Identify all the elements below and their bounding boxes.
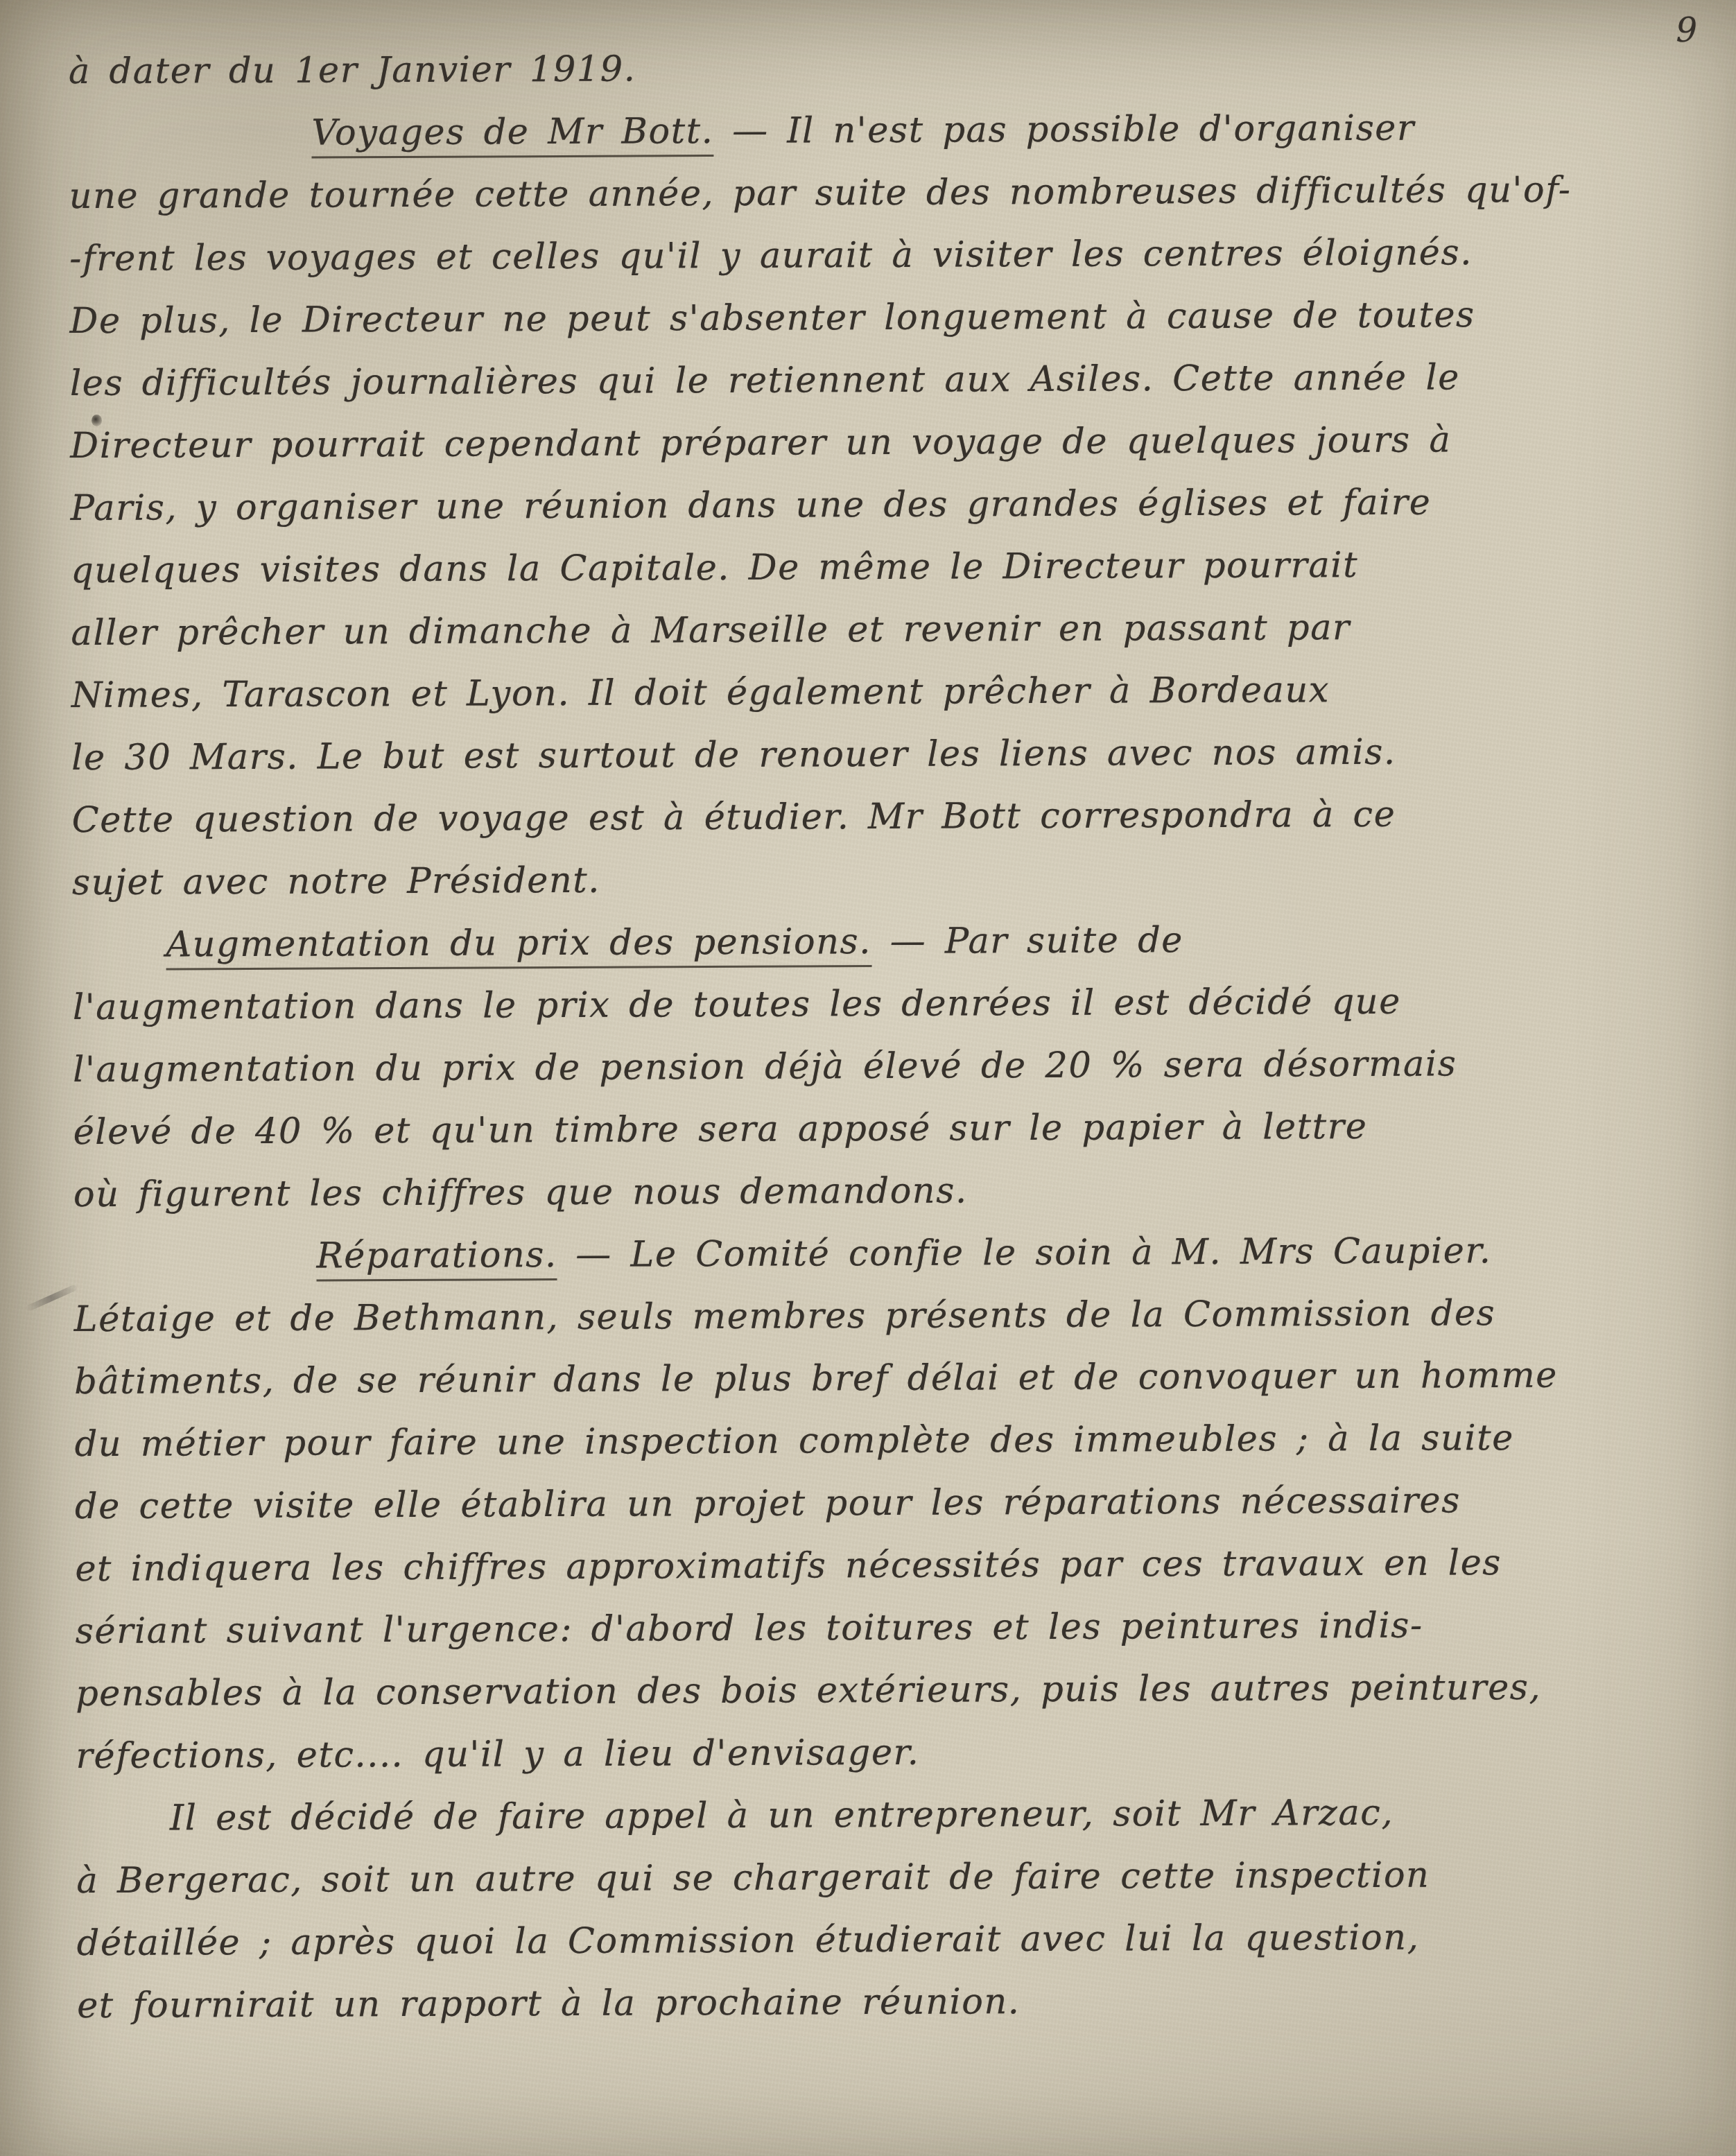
line-text: — Il n'est pas possible d'organiser (732, 108, 1415, 152)
line-text: sériant suivant l'urgence: d'abord les t… (76, 1606, 1423, 1652)
text-line: Réparations. — Le Comité confie le soin … (73, 1219, 1681, 1289)
text-line: Il est décidé de faire appel à un entrep… (76, 1781, 1684, 1850)
text-line: Létaige et de Bethmann, seuls membres pr… (74, 1282, 1682, 1351)
line-text: -frent les voyages et celles qu'il y aur… (69, 232, 1473, 279)
text-line: quelques visites dans la Capitale. De mê… (71, 533, 1678, 602)
pencil-mark (25, 1284, 78, 1312)
text-line: du métier pour faire une inspection comp… (74, 1407, 1682, 1476)
text-line: -frent les voyages et celles qu'il y aur… (69, 221, 1677, 290)
section-heading: Réparations. (316, 1235, 557, 1282)
line-text: Il est décidé de faire appel à un entrep… (170, 1793, 1394, 1839)
text-line: et fournirait un rapport à la prochaine … (77, 1968, 1685, 2037)
line-text: les difficultés journalières qui le reti… (70, 357, 1460, 404)
line-text: réfections, etc.... qu'il y a lieu d'env… (76, 1732, 919, 1777)
text-line: bâtiments, de se réunir dans le plus bre… (74, 1344, 1682, 1414)
text-line: Augmentation du prix des pensions. — Par… (72, 907, 1680, 977)
line-text: Cette question de voyage est à étudier. … (72, 794, 1396, 841)
text-line: le 30 Mars. Le but est surtout de renoue… (71, 720, 1679, 790)
text-line: Paris, y organiser une réunion dans une … (70, 471, 1678, 540)
line-text: sujet avec notre Président. (72, 860, 600, 903)
text-line: élevé de 40 % et qu'un timbre sera appos… (73, 1095, 1681, 1164)
text-line: l'augmentation dans le prix de toutes le… (73, 970, 1681, 1039)
line-text: le 30 Mars. Le but est surtout de renoue… (71, 732, 1396, 779)
text-line: Directeur pourrait cependant préparer un… (70, 408, 1678, 478)
manuscript-text: à dater du 1er Janvier 1919.Voyages de M… (69, 34, 1685, 2037)
text-line: De plus, le Directeur ne peut s'absenter… (69, 284, 1677, 353)
line-text: à dater du 1er Janvier 1919. (69, 49, 636, 93)
line-text: de cette visite elle établira un projet … (75, 1480, 1461, 1527)
line-text: Nimes, Tarascon et Lyon. Il doit égaleme… (71, 670, 1330, 716)
text-line: de cette visite elle établira un projet … (75, 1469, 1683, 1538)
text-line: à Bergerac, soit un autre qui se charger… (76, 1843, 1684, 1913)
text-line: une grande tournée cette année, par suit… (69, 159, 1677, 228)
text-line: réfections, etc.... qu'il y a lieu d'env… (76, 1719, 1683, 1788)
text-line: Cette question de voyage est à étudier. … (71, 783, 1679, 852)
line-text: élevé de 40 % et qu'un timbre sera appos… (73, 1106, 1367, 1153)
line-text: Paris, y organiser une réunion dans une … (71, 483, 1432, 530)
text-line: aller prêcher un dimanche à Marseille et… (71, 595, 1678, 665)
line-text: à Bergerac, soit un autre qui se charger… (76, 1855, 1430, 1902)
line-text: l'augmentation dans le prix de toutes le… (73, 982, 1401, 1028)
line-text: une grande tournée cette année, par suit… (69, 170, 1572, 217)
line-text: — Le Comité confie le soin à M. Mrs Caup… (575, 1231, 1491, 1276)
ink-speck (92, 415, 102, 426)
text-line: Nimes, Tarascon et Lyon. Il doit égaleme… (71, 658, 1679, 727)
text-line: à dater du 1er Janvier 1919. (69, 34, 1676, 103)
text-line: les difficultés journalières qui le reti… (70, 346, 1678, 415)
line-text: quelques visites dans la Capitale. De mê… (71, 545, 1358, 591)
line-text: pensables à la conservation des bois ext… (76, 1667, 1541, 1714)
text-line: pensables à la conservation des bois ext… (76, 1656, 1683, 1725)
text-line: sériant suivant l'urgence: d'abord les t… (76, 1594, 1683, 1663)
line-text: et indiquera les chiffres approximatifs … (75, 1542, 1502, 1590)
line-text: où figurent les chiffres que nous demand… (73, 1170, 968, 1215)
line-text: du métier pour faire une inspection comp… (74, 1418, 1513, 1465)
line-text: l'augmentation du prix de pension déjà é… (73, 1043, 1457, 1090)
line-text: bâtiments, de se réunir dans le plus bre… (74, 1355, 1558, 1402)
text-line: où figurent les chiffres que nous demand… (73, 1157, 1681, 1226)
manuscript-page: 9 à dater du 1er Janvier 1919.Voyages de… (0, 0, 1736, 2156)
section-heading: Voyages de Mr Bott. (311, 111, 713, 159)
line-text: Directeur pourrait cependant préparer un… (70, 419, 1451, 467)
line-text: Létaige et de Bethmann, seuls membres pr… (74, 1293, 1496, 1340)
text-line: l'augmentation du prix de pension déjà é… (73, 1032, 1681, 1102)
line-text: De plus, le Directeur ne peut s'absenter… (69, 295, 1475, 342)
text-line: et indiquera les chiffres approximatifs … (75, 1531, 1683, 1601)
text-line: sujet avec notre Président. (72, 845, 1680, 914)
text-line: Voyages de Mr Bott. — Il n'est pas possi… (69, 96, 1676, 166)
text-line: détaillée ; après quoi la Commission étu… (77, 1906, 1685, 1975)
line-text: — Par suite de (890, 920, 1184, 962)
line-text: et fournirait un rapport à la prochaine … (77, 1981, 1021, 2026)
line-text: détaillée ; après quoi la Commission étu… (77, 1918, 1420, 1964)
page-number: 9 (1676, 11, 1697, 50)
line-text: aller prêcher un dimanche à Marseille et… (71, 607, 1351, 654)
section-heading: Augmentation du prix des pensions. (166, 921, 871, 970)
